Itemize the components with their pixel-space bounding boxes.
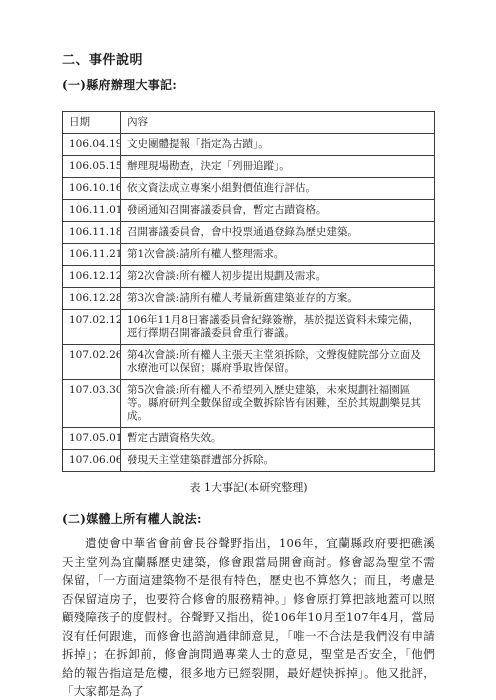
event-content: 召開審議委員會，會中投票通過登錄為歷史建築。 — [121, 222, 435, 244]
event-date: 107.06.06 — [63, 450, 121, 472]
table-header-row: 日期 內容 — [63, 112, 435, 134]
table-caption: 表 1大事記(本研究整理) — [62, 481, 435, 495]
table-row: 106.12.12第2次會談:所有權人初步提出規劃及需求。 — [63, 266, 435, 288]
content-column-header: 內容 — [121, 112, 435, 134]
event-date: 106.12.12 — [63, 266, 121, 288]
event-content: 辦理現場勘查，決定「列冊追蹤」。 — [121, 156, 435, 178]
table-row: 106.11.18召開審議委員會，會中投票通過登錄為歷史建築。 — [63, 222, 435, 244]
table-row: 107.02.12106年11月8日審議委員會紀錄簽辦，基於提送資料未臻完備，逕… — [63, 310, 435, 345]
event-content: 發現天主堂建築群遭部分拆除。 — [121, 450, 435, 472]
event-date: 107.05.01 — [63, 428, 121, 450]
event-content: 依文資法成立專案小組對價值進行評估。 — [121, 178, 435, 200]
table-row: 106.11.01發函通知召開審議委員會，暫定古蹟資格。 — [63, 200, 435, 222]
media-statements-paragraph: 遣使會中華省會前會長谷聲野指出，106年，宜蘭縣政府要把礁溪天主堂列為宜蘭縣歷史… — [62, 534, 435, 700]
document-page: 二、事件說明 (一)縣府辦理大事記: 日期 內容 106.04.19文史團體提報… — [0, 0, 496, 700]
events-table-body: 106.04.19文史團體提報「指定為古蹟」。106.05.15辦理現場勘查，決… — [63, 134, 435, 472]
event-content: 發函通知召開審議委員會，暫定古蹟資格。 — [121, 200, 435, 222]
event-date: 106.04.19 — [63, 134, 121, 156]
event-date: 107.02.12 — [63, 310, 121, 345]
event-date: 106.10.16 — [63, 178, 121, 200]
subsection-heading-county-timeline: (一)縣府辦理大事記: — [62, 78, 435, 93]
date-column-header: 日期 — [63, 112, 121, 134]
table-row: 106.10.16依文資法成立專案小組對價值進行評估。 — [63, 178, 435, 200]
table-row: 106.04.19文史團體提報「指定為古蹟」。 — [63, 134, 435, 156]
table-row: 106.11.21第1次會談:請所有權人整理需求。 — [63, 244, 435, 266]
event-content: 文史團體提報「指定為古蹟」。 — [121, 134, 435, 156]
event-content: 第2次會談:所有權人初步提出規劃及需求。 — [121, 266, 435, 288]
event-date: 106.11.01 — [63, 200, 121, 222]
event-date: 107.02.26 — [63, 345, 121, 380]
table-row: 107.06.06發現天主堂建築群遭部分拆除。 — [63, 450, 435, 472]
event-content: 暫定古蹟資格失效。 — [121, 428, 435, 450]
event-content: 第5次會談:所有權人不希望列入歷史建築，未來規劃社福園區等。縣府研判全數保留或全… — [121, 380, 435, 428]
event-content: 第4次會談:所有權人主張天主堂須拆除，文聲復健院部分立面及水療池可以保留；縣府爭… — [121, 345, 435, 380]
page-content: 二、事件說明 (一)縣府辦理大事記: 日期 內容 106.04.19文史團體提報… — [0, 0, 496, 700]
section-heading: 二、事件說明 — [62, 52, 435, 69]
event-date: 107.03.30 — [63, 380, 121, 428]
event-date: 106.11.18 — [63, 222, 121, 244]
subsection-heading-media-statements: (二)媒體上所有權人說法: — [62, 512, 435, 527]
table-row: 107.05.01暫定古蹟資格失效。 — [63, 428, 435, 450]
events-table: 日期 內容 106.04.19文史團體提報「指定為古蹟」。106.05.15辦理… — [62, 111, 435, 472]
table-row: 106.12.28第3次會談:請所有權人考量新舊建築並存的方案。 — [63, 288, 435, 310]
table-row: 106.05.15辦理現場勘查，決定「列冊追蹤」。 — [63, 156, 435, 178]
event-date: 106.12.28 — [63, 288, 121, 310]
event-date: 106.11.21 — [63, 244, 121, 266]
event-date: 106.05.15 — [63, 156, 121, 178]
table-row: 107.03.30第5次會談:所有權人不希望列入歷史建築，未來規劃社福園區等。縣… — [63, 380, 435, 428]
event-content: 106年11月8日審議委員會紀錄簽辦，基於提送資料未臻完備，逕行擇期召開審議委員… — [121, 310, 435, 345]
table-row: 107.02.26第4次會談:所有權人主張天主堂須拆除，文聲復健院部分立面及水療… — [63, 345, 435, 380]
event-content: 第3次會談:請所有權人考量新舊建築並存的方案。 — [121, 288, 435, 310]
event-content: 第1次會談:請所有權人整理需求。 — [121, 244, 435, 266]
